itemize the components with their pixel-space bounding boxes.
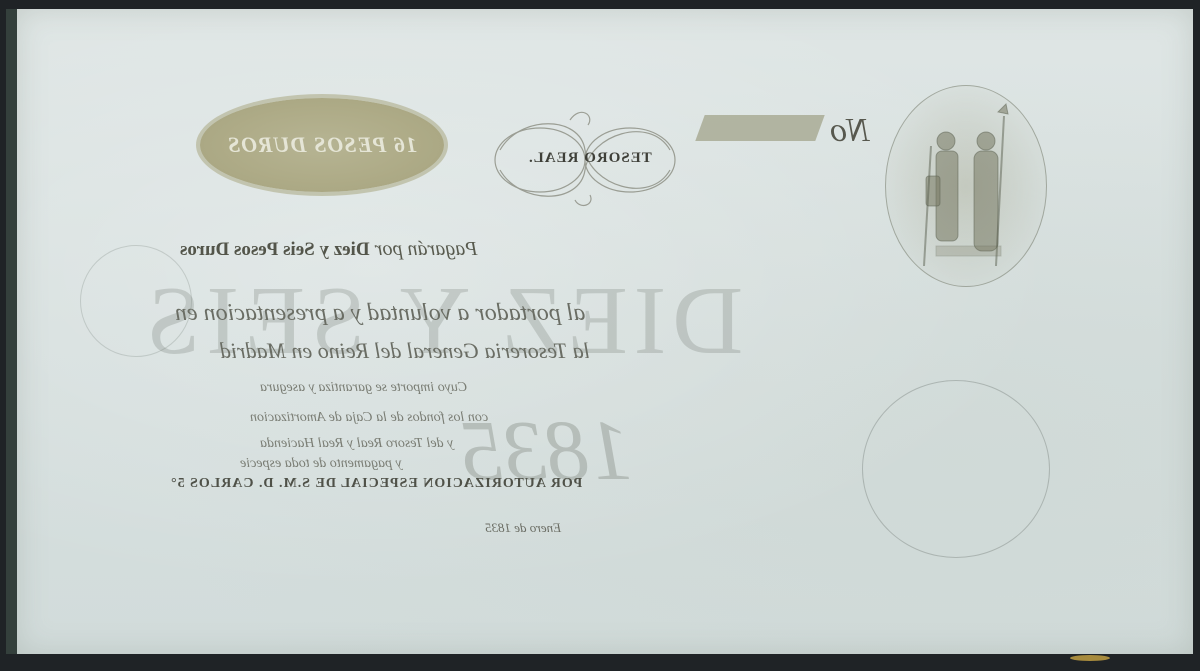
date-line: Enero de 1835	[485, 520, 561, 536]
text-line-3: la Tesoreria General del Reino en Madrid	[220, 338, 590, 364]
text-line-1: Pagarán por Diez y Seis Pesos Duros	[180, 238, 477, 261]
title-text: TESORO REAL.	[528, 150, 652, 167]
line1-script: Pagarán por	[375, 238, 478, 260]
denomination-cartouche: 16 PESOS DUROS	[200, 98, 444, 192]
embossed-seal	[862, 380, 1050, 558]
paper-stain	[1070, 655, 1110, 661]
line1-gothic: Diez y Seis Pesos Duros	[180, 239, 370, 260]
number-label: No	[830, 112, 870, 150]
title-scroll: TESORO REAL.	[480, 110, 690, 210]
text-line-5: con los fondos de la Caja de Amortizacio…	[250, 410, 488, 426]
figures-icon	[886, 86, 1046, 286]
scan-left-edge	[6, 9, 17, 654]
serial-number-slot	[695, 115, 824, 141]
text-line-6: y del Tesoro Real y Real Hacienda	[260, 436, 453, 452]
authority-line: POR AUTORIZACION ESPECIAL DE S.M. D. CAR…	[170, 476, 582, 492]
text-line-2: al portador a voluntad y a presentacion …	[175, 300, 585, 327]
text-line-4: Cuyo importe se garantiza y asegura	[260, 380, 467, 396]
allegorical-vignette	[885, 85, 1047, 287]
denomination-text: 16 PESOS DUROS	[227, 132, 417, 158]
text-line-7: y pagamento de toda especie	[240, 456, 402, 472]
